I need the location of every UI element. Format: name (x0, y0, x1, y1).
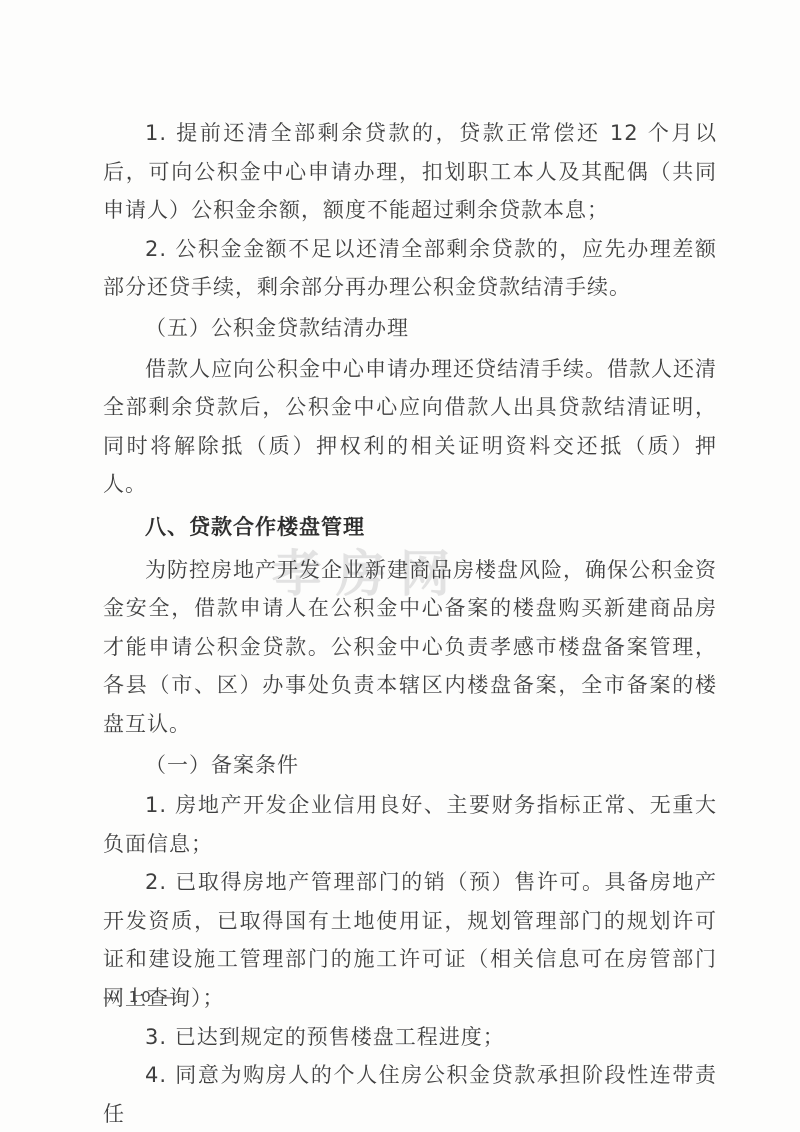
paragraph-prepay-full: 1. 提前还清全部剩余贷款的，贷款正常偿还 12 个月以后，可向公积金中心申请办… (103, 114, 717, 230)
paragraph-risk-control-filing: 为防控房地产开发企业新建商品房楼盘风险，确保公积金资金安全，借款申请人在公积金中… (103, 551, 717, 744)
paragraph-condition-progress: 3. 已达到规定的预售楼盘工程进度； (103, 1018, 717, 1057)
paragraph-condition-liability: 4. 同意为购房人的个人住房公积金贷款承担阶段性连带责任 (103, 1056, 717, 1132)
subsection-heading-filing-conditions: （一）备案条件 (103, 746, 717, 785)
paragraph-condition-permits: 2. 已取得房地产管理部门的销（预）售许可。具备房地产开发资质，已取得国有土地使… (103, 863, 717, 1017)
page-number: — 10 — (103, 988, 180, 1006)
paragraph-condition-credit: 1. 房地产开发企业信用良好、主要财务指标正常、无重大负面信息； (103, 786, 717, 863)
paragraph-settlement-procedure: 借款人应向公积金中心申请办理还贷结清手续。借款人还清全部剩余贷款后，公积金中心应… (103, 350, 717, 504)
document-body: 1. 提前还清全部剩余贷款的，贷款正常偿还 12 个月以后，可向公积金中心申请办… (103, 114, 717, 1132)
paragraph-insufficient-balance: 2. 公积金金额不足以还清全部剩余贷款的，应先办理差额部分还贷手续，剩余部分再办… (103, 230, 717, 307)
subsection-heading-loan-settlement: （五）公积金贷款结清办理 (103, 309, 717, 348)
document-page: 孝房网 1. 提前还清全部剩余贷款的，贷款正常偿还 12 个月以后，可向公积金中… (0, 0, 800, 1132)
section-heading-cooperative-property-management: 八、贷款合作楼盘管理 (103, 508, 717, 547)
